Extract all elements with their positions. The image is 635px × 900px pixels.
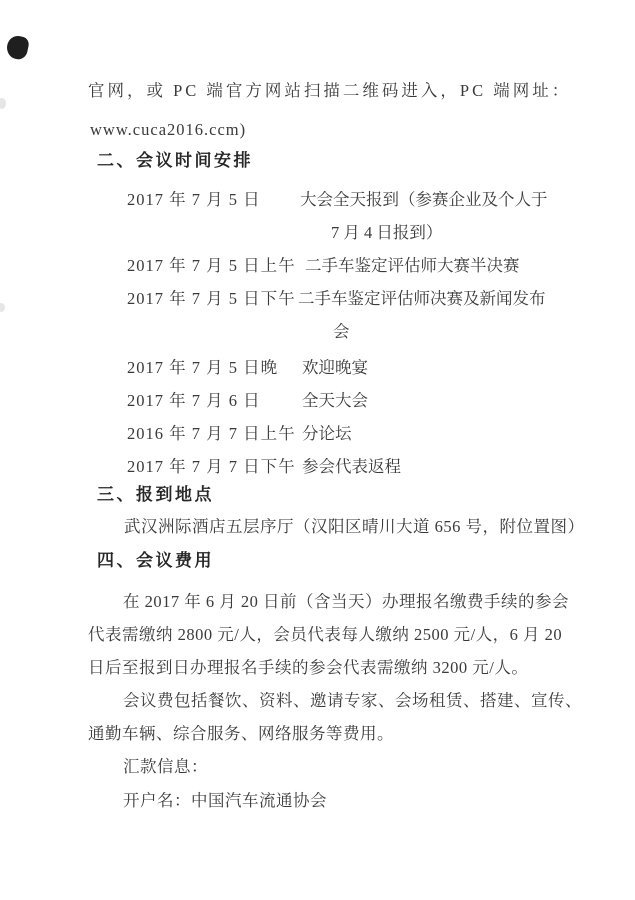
schedule-date: 2017 年 7 月 6 日	[127, 390, 261, 411]
fee-para1-line2: 代表需缴纳 2800 元/人，会员代表每人缴纳 2500 元/人，6 月 20	[88, 624, 562, 645]
section-heading-schedule: 二、会议时间安排	[97, 150, 253, 171]
schedule-event: 欢迎晚宴	[302, 357, 368, 378]
intro-line-1: 官网，或 PC 端官方网站扫描二维码进入，PC 端网址：	[88, 80, 571, 101]
schedule-event: 二手车鉴定评估师大赛半决赛	[305, 255, 520, 276]
schedule-event-cont: 会	[333, 321, 350, 342]
schedule-date: 2017 年 7 月 5 日	[127, 189, 261, 210]
remittance-info-label: 汇款信息：	[123, 756, 208, 777]
account-name: 开户名：中国汽车流通协会	[123, 790, 327, 811]
website-url: www.cuca2016.ccm)	[90, 119, 246, 140]
schedule-date: 2017 年 7 月 5 日下午	[127, 288, 296, 309]
schedule-event: 分论坛	[302, 423, 352, 444]
scan-artifact-blob	[5, 34, 30, 61]
fee-para1-line1: 在 2017 年 6 月 20 日前（含当天）办理报名缴费手续的参会	[123, 591, 569, 612]
scan-smudge	[0, 98, 6, 109]
schedule-date: 2016 年 7 月 7 日上午	[127, 423, 296, 444]
schedule-date: 2017 年 7 月 5 日上午	[127, 255, 296, 276]
fee-para2-line1: 会议费包括餐饮、资料、邀请专家、会场租赁、搭建、宣传、	[123, 690, 582, 711]
schedule-date: 2017 年 7 月 5 日晚	[127, 357, 278, 378]
scanned-document-page: 官网，或 PC 端官方网站扫描二维码进入，PC 端网址： www.cuca201…	[0, 0, 635, 900]
schedule-date: 2017 年 7 月 7 日下午	[127, 456, 296, 477]
schedule-event: 二手车鉴定评估师决赛及新闻发布	[298, 288, 546, 309]
schedule-event-cont: 7 月 4 日报到）	[331, 222, 442, 243]
fee-para2-line2: 通勤车辆、综合服务、网络服务等费用。	[88, 723, 394, 744]
schedule-event: 大会全天报到（参赛企业及个人于	[300, 189, 548, 210]
venue-address: 武汉洲际酒店五层序厅（汉阳区晴川大道 656 号，附位置图）	[124, 516, 585, 537]
section-heading-venue: 三、报到地点	[97, 484, 214, 505]
scan-smudge	[0, 303, 5, 312]
fee-para1-line3: 日后至报到日办理报名手续的参会代表需缴纳 3200 元/人。	[88, 657, 528, 678]
section-heading-fees: 四、会议费用	[97, 550, 214, 571]
schedule-event: 参会代表返程	[302, 456, 401, 477]
schedule-event: 全天大会	[302, 390, 368, 411]
